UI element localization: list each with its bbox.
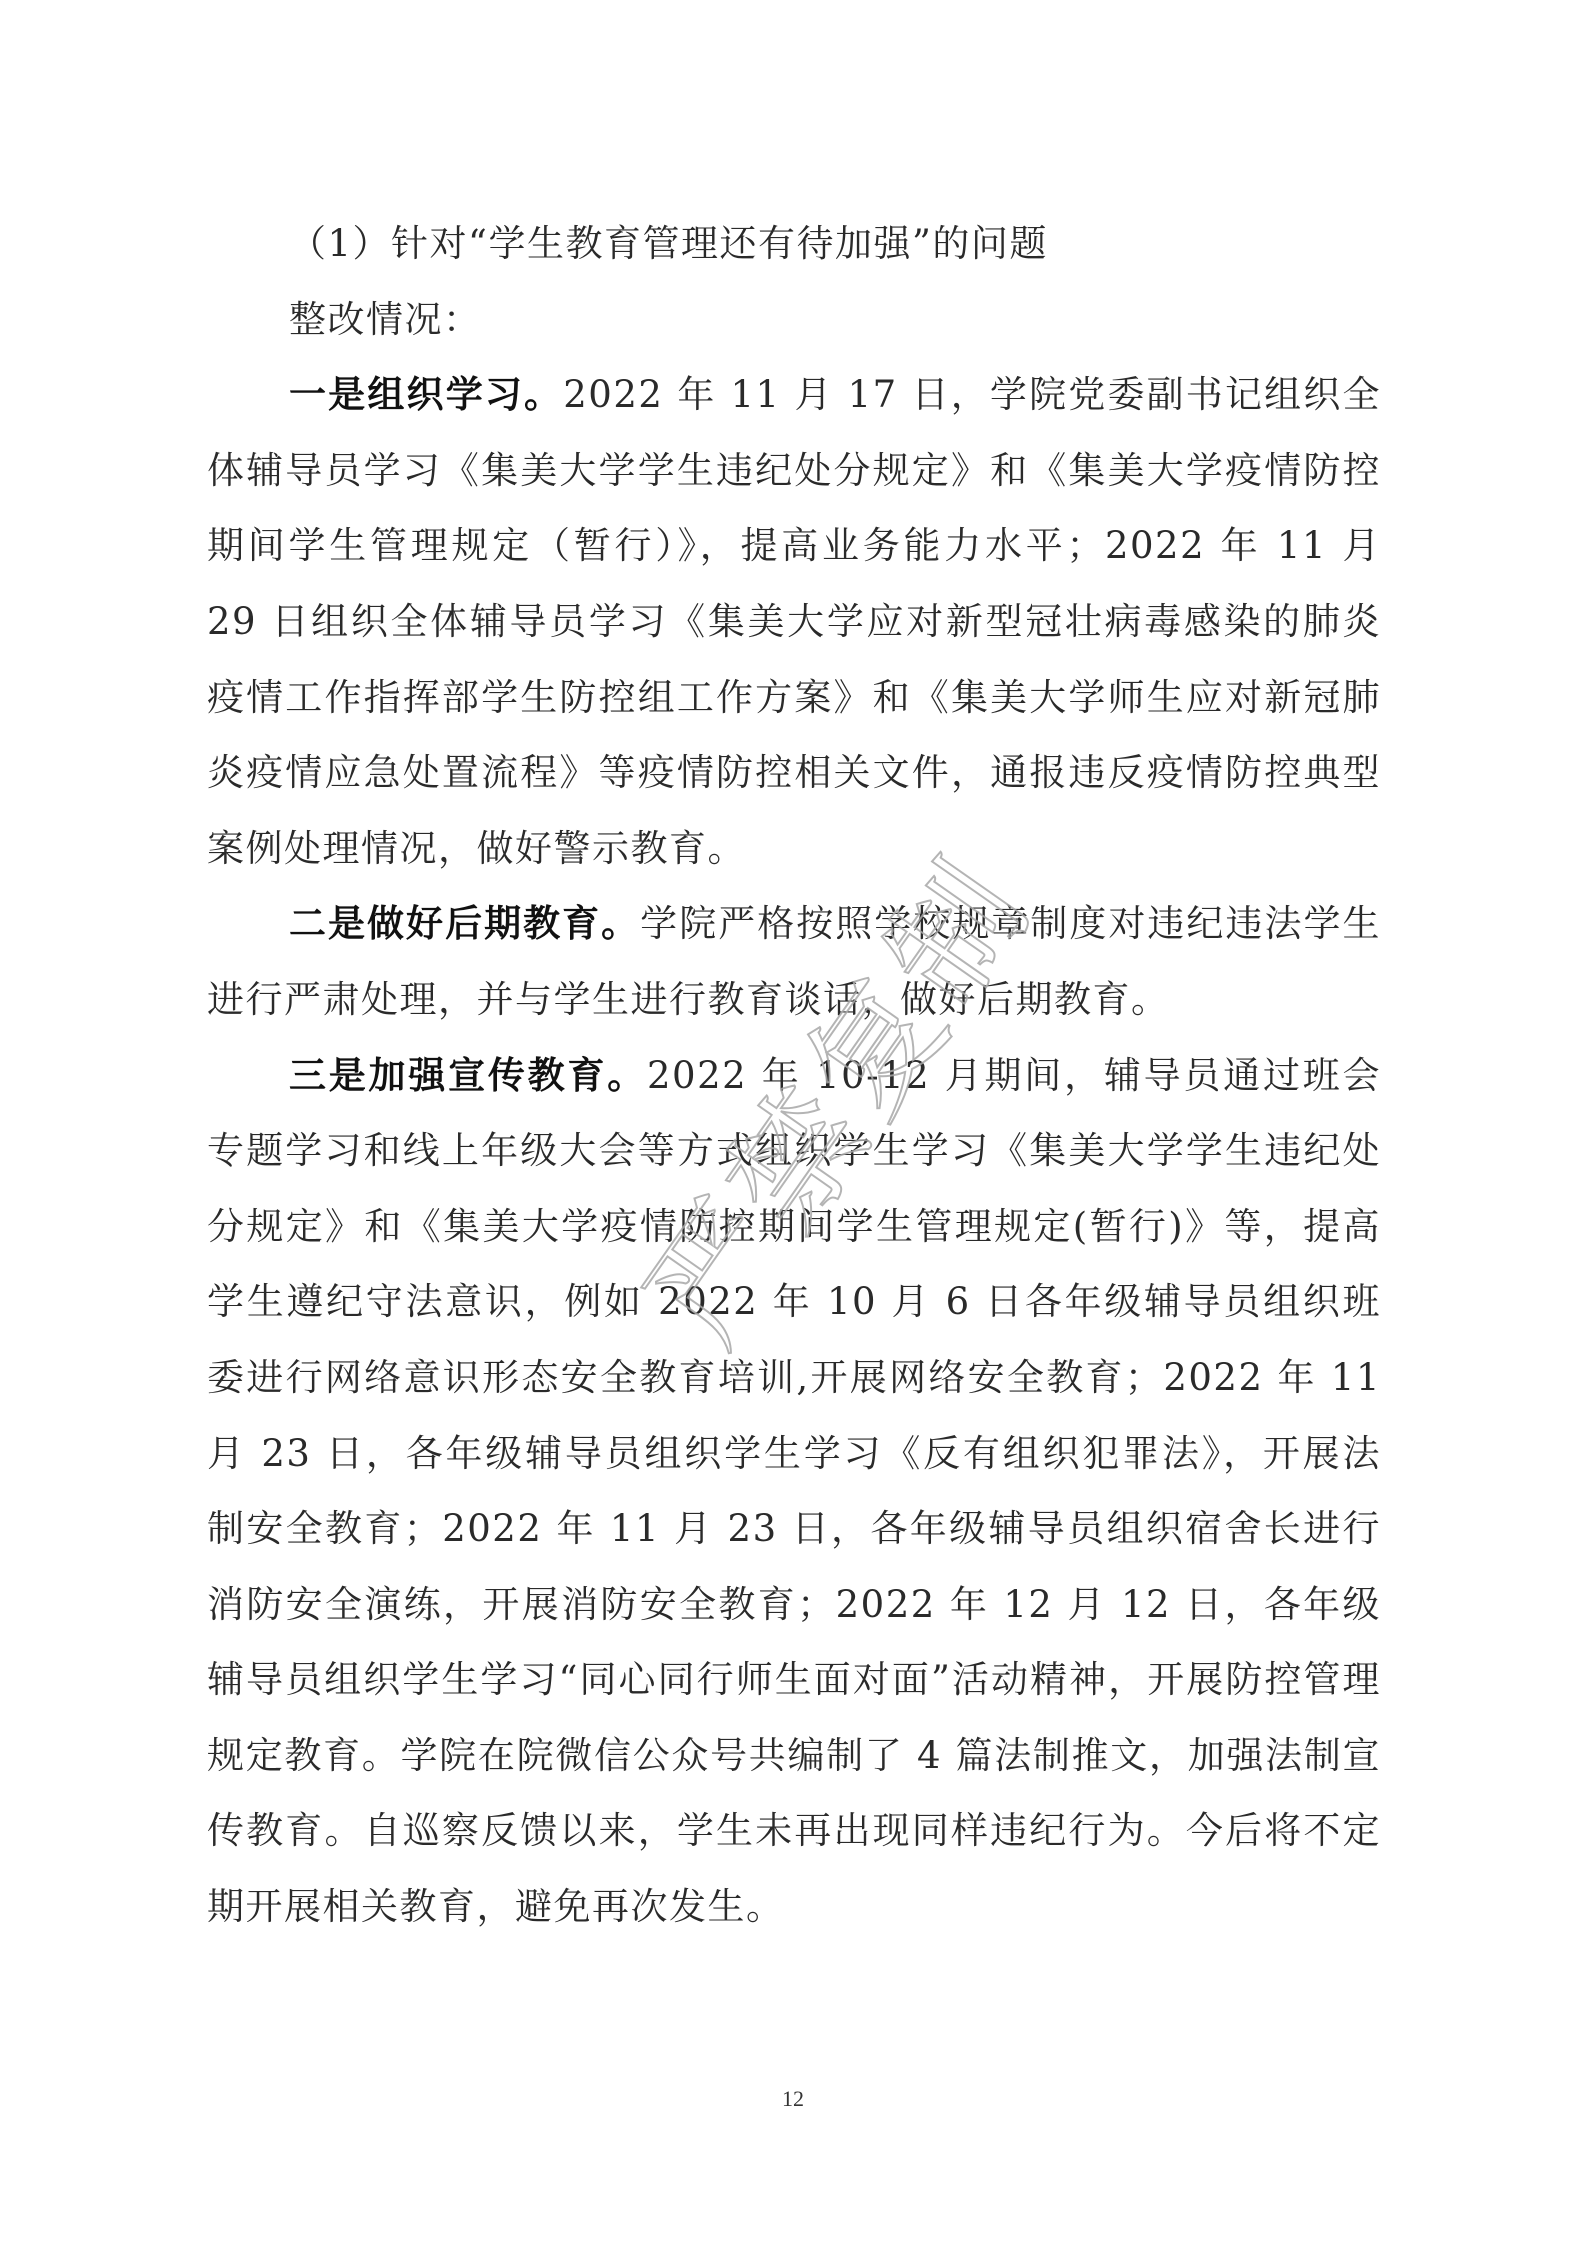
page-number: 12 (0, 2086, 1586, 2112)
document-body: （1）针对“学生教育管理还有待加强”的问题 整改情况： 一是组织学习。2022 … (207, 206, 1381, 1945)
paragraph-3: 三是加强宣传教育。2022 年 10-12 月期间，辅导员通过班会专题学习和线上… (207, 1038, 1381, 1945)
paragraph-3-lead: 三是加强宣传教育。 (289, 1054, 647, 1097)
paragraph-2-lead: 二是做好后期教育。 (289, 902, 640, 945)
paragraph-2: 二是做好后期教育。学院严格按照学校规章制度对违纪违法学生进行严肃处理，并与学生进… (207, 886, 1381, 1037)
section-heading: （1）针对“学生教育管理还有待加强”的问题 (207, 206, 1381, 282)
paragraph-1-text: 2022 年 11 月 17 日，学院党委副书记组织全体辅导员学习《集美大学学生… (207, 373, 1381, 870)
paragraph-3-text: 2022 年 10-12 月期间，辅导员通过班会专题学习和线上年级大会等方式组织… (207, 1054, 1381, 1929)
paragraph-1-lead: 一是组织学习。 (289, 373, 563, 416)
paragraph-1: 一是组织学习。2022 年 11 月 17 日，学院党委副书记组织全体辅导员学习… (207, 357, 1381, 886)
document-page: （1）针对“学生教育管理还有待加强”的问题 整改情况： 一是组织学习。2022 … (0, 0, 1586, 2245)
section-subheading: 整改情况： (207, 282, 1381, 358)
